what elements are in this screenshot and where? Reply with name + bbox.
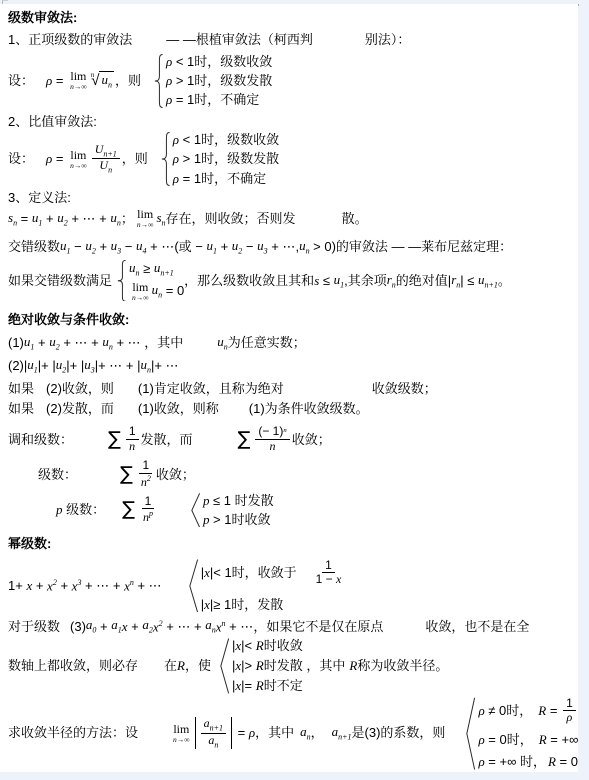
cases-row: ρ > 1时，级数发散: [173, 151, 279, 166]
math-text: 1: [142, 459, 149, 473]
spacer: [77, 474, 117, 475]
math-text: ，: [311, 725, 324, 740]
spacer: [34, 408, 46, 409]
math-var: an: [208, 734, 218, 750]
radical: n√un: [91, 71, 114, 90]
math-var: an+1: [204, 717, 223, 733]
math-var: un: [152, 282, 163, 300]
limit-subscript: n→∞: [70, 83, 87, 91]
fraction-denominator: n: [267, 440, 279, 454]
math-text: 如果交错级数满足: [8, 273, 112, 288]
fraction-numerator: 1: [322, 559, 335, 574]
spacer: [114, 408, 138, 409]
cases-row: ρ < 1时，级数收敛: [166, 54, 272, 69]
math-text: ，那么级数收敛且其和: [184, 273, 314, 288]
math-text: + ⋯ +: [163, 619, 206, 634]
math-var: R: [177, 658, 185, 673]
fraction: Un+1Un: [92, 143, 120, 175]
fraction-numerator: 1: [142, 495, 155, 510]
math-text: (2)发散，而: [46, 401, 114, 416]
math-var: un: [129, 260, 140, 278]
superscript: n: [283, 427, 286, 438]
math-text: 设：: [8, 73, 34, 88]
math-text: +: [34, 335, 49, 350]
math-text: =: [52, 73, 67, 88]
fraction: 1n: [126, 425, 139, 454]
spacer: [183, 342, 217, 343]
math-text: 绝对收敛与条件收敛:: [8, 312, 129, 327]
cases-row: |x|= R时不定: [232, 678, 303, 693]
cases-row: un ≥ un+1: [129, 260, 184, 278]
math-var: R: [256, 678, 264, 693]
limit-word: lim: [137, 208, 153, 220]
math-text: 级数审敛法:: [8, 10, 77, 25]
math-text: +: [42, 211, 57, 226]
math-text: 1: [325, 559, 332, 573]
math-text: =: [17, 211, 32, 226]
math-text: =: [52, 151, 67, 166]
item-1-positive-series: 1、正项级数的审敛法— —根植审敛法（柯西判别法）：: [8, 32, 574, 47]
math-var: u2: [57, 210, 68, 228]
limit-operator: limn→∞: [132, 281, 149, 302]
math-text: −: [121, 239, 136, 254]
formula-find-radius: 求收敛半径的方法：设limn→∞an+1an = ρ，其中an，an+1是(3)…: [8, 697, 574, 770]
spacer: [34, 388, 46, 389]
cases-row: p ≤ 1 时发散: [203, 493, 274, 508]
spacer: [138, 665, 164, 666]
math-var: un: [299, 238, 310, 256]
fraction: 1np: [140, 495, 156, 526]
math-var: u1: [206, 238, 217, 256]
math-var: u1: [27, 357, 38, 375]
cases-row: |x|< 1时，收敛于11 − x: [201, 559, 347, 588]
math-text: (1): [8, 335, 24, 350]
math-text: 2、比值审敛法:: [8, 114, 97, 129]
math-var: Un+1: [95, 143, 117, 159]
math-var: R: [539, 732, 547, 747]
limit-word: lim: [173, 723, 189, 735]
math-text: ≥: [140, 261, 154, 276]
spacer: [105, 509, 119, 510]
formula-ratio-test: 设：ρ = limn→∞Un+1Un，则ρ < 1时，级数收敛ρ > 1时，级数…: [8, 132, 574, 186]
math-text: = 1时，不确定: [172, 92, 259, 107]
fraction-denominator: ρ: [564, 711, 576, 725]
cases-rows: ρ < 1时，级数收敛ρ > 1时，级数发散ρ = 1时，不确定: [173, 132, 279, 186]
math-text: 在: [164, 658, 177, 673]
math-text: −: [242, 239, 257, 254]
fraction-numerator: Un+1: [92, 143, 120, 160]
line-harmonic-series: 调和级数：∑1n发散，而∑(− 1)nn收敛；: [8, 425, 574, 454]
heading-absolute-conditional: 绝对收敛与条件收敛:: [8, 312, 574, 327]
math-var: u2: [49, 334, 60, 352]
cases-block: p ≤ 1 时发散p > 1时收敛: [190, 493, 274, 528]
math-var: u3: [257, 238, 268, 256]
math-text: 的绝对值|: [396, 273, 451, 288]
math-var: sn: [8, 210, 17, 228]
spacer: [148, 158, 156, 159]
math-text: ；: [121, 211, 134, 226]
cases-row: ρ < 1时，级数收敛: [173, 132, 279, 147]
math-text: = 1时，不确定: [179, 171, 266, 186]
math-var: n: [270, 440, 276, 454]
math-text: > 1时收敛: [209, 512, 270, 527]
math-text: 如果: [8, 401, 34, 416]
math-var: xn: [124, 578, 134, 594]
curly-brace-icon: [160, 132, 171, 186]
math-text: ≠ 0时，: [485, 703, 533, 718]
math-var: u1: [24, 334, 35, 352]
math-text: ≤ 1 时发散: [209, 493, 273, 508]
math-text: + ⋯ +: [81, 578, 124, 593]
line-absolute-convergence-rule: 如果(2)收敛，则(1)肯定收敛，且称为绝对收敛级数；: [8, 381, 574, 396]
fraction: an+1an: [201, 717, 226, 749]
math-var: np: [143, 509, 153, 525]
math-var: un+1: [154, 260, 174, 278]
math-text: =: [234, 725, 249, 740]
cases-rows: |x|< R时收敛|x|> R时发散|x|= R时不定: [232, 638, 303, 694]
spacer: [162, 585, 184, 586]
math-text: +: [128, 619, 143, 634]
item-3-definition-method: 3、定义法:: [8, 190, 574, 205]
math-var: sn: [156, 210, 165, 228]
cases-block: |x|< 1时，收敛于11 − x|x|≥ 1时，发散: [188, 559, 347, 613]
math-text: (− 1): [258, 425, 283, 439]
cases-row: ρ = 1时，不确定: [173, 171, 279, 186]
spacer: [296, 218, 342, 219]
formula-root-test: 设：ρ = limn→∞n√un，则ρ < 1时，级数收敛ρ > 1时，级数发散…: [8, 54, 574, 108]
math-text: 散。: [342, 211, 368, 226]
limit-subscript: n→∞: [70, 162, 87, 170]
math-text: + ⋯ +: [68, 211, 111, 226]
line-series-2: (2)|u1|+ |u2|+ |u3|+ ⋯ + |un|+ ⋯: [8, 357, 574, 375]
math-text: 称为收敛半径。: [357, 658, 448, 673]
math-text: 收敛级数；: [372, 381, 437, 396]
math-text: (2)|: [8, 358, 27, 373]
spacer: [138, 733, 170, 734]
fraction-numerator: 1: [126, 425, 139, 440]
math-text: ,其余项: [344, 273, 387, 288]
math-text: |+ |: [38, 358, 56, 373]
math-text: 级数：: [38, 467, 77, 482]
spacer: [60, 626, 70, 627]
math-var: xn: [216, 619, 226, 635]
math-text: +: [57, 578, 72, 593]
cases-block: ρ ≠ 0时，R = 1ρρ = 0时，R = +∞ρ = +∞ 时，R = 0: [465, 697, 578, 770]
heading-series-convergence-tests: 级数审敛法:: [8, 10, 574, 25]
cases-row: ρ = 0时，R = +∞: [478, 732, 578, 747]
math-text: 幂级数:: [8, 536, 51, 551]
math-var: an: [300, 724, 311, 742]
absolute-value-bars: an+1an: [195, 717, 232, 749]
limit-word: lim: [132, 281, 148, 293]
math-text: + ⋯ +: [60, 335, 103, 350]
limit-operator: limn→∞: [173, 723, 190, 744]
math-var: R: [256, 658, 264, 673]
line-p-series: p 级数：∑1npp ≤ 1 时发散p > 1时收敛: [56, 493, 574, 528]
math-text: (1)收敛，则称: [138, 401, 219, 416]
cases-row: |x|< R时收敛: [232, 638, 303, 653]
cases-rows: |x|< 1时，收敛于11 − x|x|≥ 1时，发散: [201, 559, 347, 613]
fraction-denominator: 1 − x: [313, 573, 345, 587]
math-text: = 0: [556, 754, 578, 769]
fraction: 11 − x: [313, 559, 345, 588]
math-text: 为任意实数；: [228, 335, 306, 350]
math-var: u4: [136, 238, 147, 256]
math-var: x3: [72, 578, 82, 594]
sigma-symbol: ∑: [108, 430, 121, 449]
math-text: 求收敛半径的方法：设: [8, 725, 138, 740]
radicand: un: [99, 71, 114, 90]
math-text: 1: [145, 495, 152, 509]
line-conditional-convergence-rule: 如果(2)发散，而(1)收敛，则称(1)为条件收敛级数。: [8, 401, 574, 416]
math-var: un+1: [478, 272, 498, 290]
formula-leibniz-theorem: 如果交错级数满足un ≥ un+1limn→∞un = 0，那么级数收敛且其和s…: [8, 260, 574, 302]
math-text: |+ ⋯: [151, 358, 179, 373]
math-var: u2: [232, 238, 243, 256]
spacer: [34, 80, 46, 81]
math-text: −: [71, 239, 86, 254]
cases-rows: ρ ≠ 0时，R = 1ρρ = 0时，R = +∞ρ = +∞ 时，R = 0: [478, 697, 578, 770]
limit-operator: limn→∞: [137, 208, 154, 229]
fraction: (− 1)nn: [255, 425, 289, 454]
math-text: ，则: [122, 151, 148, 166]
spacer: [284, 388, 372, 389]
math-text: + ⋯: [134, 578, 162, 593]
math-text: 级数：: [63, 502, 106, 517]
limit-subscript: n→∞: [132, 294, 149, 302]
cases-row: p > 1时收敛: [203, 512, 274, 527]
angle-brace-icon: [465, 697, 476, 770]
math-text: + ⋯,: [268, 239, 299, 254]
math-text: 时不定: [264, 678, 303, 693]
cases-row: ρ > 1时，级数发散: [166, 73, 272, 88]
line-series-1: (1)u1 + u2 + ⋯ + un + ⋯ ，其中un为任意实数；: [8, 334, 574, 352]
math-var: an+1: [332, 724, 352, 742]
limit-word: lim: [70, 149, 86, 161]
curly-brace-icon: [153, 54, 164, 108]
math-text: 发散，而: [141, 432, 193, 447]
math-text: | ≤: [460, 273, 478, 288]
cases-rows: p ≤ 1 时发散p > 1时收敛: [203, 493, 274, 528]
angle-brace-icon: [190, 493, 201, 528]
formula-radius-cases: 数轴上都收敛，则必存在R，使|x|< R时收敛|x|> R时发散|x|= R时不…: [8, 638, 574, 694]
math-text: > 1时，级数发散: [179, 151, 279, 166]
limit-operator: limn→∞: [70, 70, 87, 91]
math-text: = 0: [162, 283, 184, 298]
cases-row: ρ ≠ 0时，R = 1ρ: [478, 697, 578, 726]
math-text: |=: [241, 678, 256, 693]
limit-word: lim: [70, 70, 86, 82]
math-var: a0: [86, 617, 97, 635]
math-text: 交错级数: [8, 239, 60, 254]
cases-row: limn→∞un = 0: [129, 281, 184, 302]
math-text: =: [546, 703, 561, 718]
math-var: u1: [60, 238, 71, 256]
math-var: un: [110, 210, 121, 228]
math-text: 时收敛: [264, 638, 303, 653]
math-var: R: [349, 658, 357, 673]
fraction-numerator: (− 1)n: [255, 425, 289, 440]
cases-rows: ρ < 1时，级数收敛ρ > 1时，级数发散ρ = 1时，不确定: [166, 54, 272, 108]
math-text: (2)收敛，则: [46, 381, 114, 396]
math-var: rn: [387, 272, 396, 290]
fraction-denominator: n: [126, 440, 138, 454]
formula-partial-sum: sn = u1 + u2 + ⋯ + un；limn→∞sn存在，则收敛；否则发…: [8, 208, 574, 229]
math-text: +: [96, 619, 111, 634]
fraction-numerator: an+1: [201, 717, 226, 734]
math-text: = 0时，: [485, 732, 533, 747]
math-text: 时发散: [264, 658, 303, 673]
spacer: [324, 733, 332, 734]
math-text: 是(3)的系数，则: [352, 725, 446, 740]
spacer: [297, 572, 311, 573]
math-text: |< 1时，收敛于: [210, 565, 297, 580]
math-text: — —根植审敛法（柯西判: [166, 32, 313, 47]
math-text: 如果: [8, 381, 34, 396]
math-text: + ⋯，如果它不是仅在原点: [226, 619, 384, 634]
radical-index: n: [91, 71, 95, 79]
cases-row: ρ = +∞ 时，R = 0: [478, 754, 578, 769]
limit-subscript: n→∞: [137, 221, 154, 229]
fraction: 1n2: [138, 459, 154, 490]
math-var: un: [102, 334, 113, 352]
document-content: 级数审敛法:1、正项级数的审敛法— —根植审敛法（柯西判别法）：设：ρ = li…: [0, 4, 578, 772]
math-text: 1+: [8, 578, 26, 593]
cases-block: ρ < 1时，级数收敛ρ > 1时，级数发散ρ = 1时，不确定: [160, 132, 279, 186]
math-text: |>: [241, 658, 256, 673]
math-var: u3: [84, 357, 95, 375]
math-text: +: [96, 239, 111, 254]
spacer: [158, 509, 186, 510]
fraction: 1ρ: [563, 697, 576, 726]
document-page: 级数审敛法:1、正项级数的审敛法— —根植审敛法（柯西判别法）：设：ρ = li…: [0, 0, 589, 780]
math-var: R: [256, 638, 264, 653]
math-text: ，其中: [303, 658, 346, 673]
math-text: 对于级数: [8, 619, 60, 634]
math-text: +: [32, 578, 47, 593]
math-var: a1: [111, 617, 122, 635]
math-text: |≥ 1时，发散: [210, 597, 283, 612]
math-text: |+ ⋯ + |: [95, 358, 141, 373]
math-var: x2: [153, 619, 163, 635]
spacer: [132, 39, 166, 40]
math-text: < 1时，级数收敛: [172, 54, 272, 69]
math-text: ≤: [319, 273, 333, 288]
math-text: 设：: [8, 151, 34, 166]
math-text: 1 −: [316, 573, 336, 587]
math-var: an: [205, 617, 216, 635]
spacer: [141, 80, 149, 81]
curly-brace-icon: [116, 260, 127, 302]
math-text: 数轴上都收敛，则必存: [8, 658, 138, 673]
math-text: 存在，则收敛；否则发: [166, 211, 296, 226]
math-var: u2: [56, 357, 67, 375]
line-n2-series: 级数：∑1n2收敛；: [38, 459, 574, 490]
angle-brace-icon: [188, 559, 199, 613]
math-var: R: [548, 754, 556, 769]
fraction-denominator: np: [140, 509, 156, 525]
spacer: [383, 626, 425, 627]
line-alternating-series: 交错级数u1 − u2 + u3 − u4 + ⋯(或 − u1 + u2 − …: [8, 238, 574, 256]
sigma-symbol: ∑: [238, 430, 251, 449]
cases-rows: un ≥ un+1limn→∞un = 0: [129, 260, 184, 302]
line-general-power-series: 对于级数(3)a0 + a1x + a2x2 + ⋯ + anxn + ⋯，如果…: [8, 617, 574, 635]
spacer: [114, 388, 138, 389]
sigma-symbol: ∑: [120, 465, 133, 484]
fraction-denominator: Un: [96, 159, 115, 175]
math-text: 3、定义法:: [8, 190, 71, 205]
math-var: n: [129, 440, 135, 454]
math-text: = +∞ 时，: [485, 754, 546, 769]
math-text: 1、正项级数的审敛法: [8, 32, 132, 47]
math-text: > 1时，级数发散: [172, 73, 272, 88]
math-var: a2: [142, 617, 153, 635]
math-text: +: [217, 239, 232, 254]
math-text: 调和级数：: [8, 432, 73, 447]
math-var: u3: [111, 238, 122, 256]
heading-power-series: 幂级数:: [8, 536, 574, 551]
math-text: 1: [129, 425, 136, 439]
fraction-denominator: n2: [138, 474, 154, 490]
spacer: [211, 665, 215, 666]
math-text: ，则: [115, 73, 141, 88]
math-var: x: [336, 573, 341, 587]
math-var: R: [538, 703, 546, 718]
math-var: un: [140, 357, 151, 375]
math-text: 收敛，也不是在全: [425, 619, 529, 634]
spacer: [219, 408, 249, 409]
math-text: < 1时，级数收敛: [179, 132, 279, 147]
math-text: > 0)的审敛法 — —莱布尼兹定理：: [310, 239, 513, 254]
fraction-denominator: an: [205, 734, 221, 750]
math-var: un: [101, 72, 112, 90]
cases-block: un ≥ un+1limn→∞un = 0: [116, 260, 184, 302]
math-var: rn: [451, 272, 460, 290]
limit-operator: limn→∞: [70, 149, 87, 170]
spacer: [193, 439, 235, 440]
math-text: (1)肯定收敛，且称为绝对: [138, 381, 284, 396]
cases-block: |x|< R时收敛|x|> R时发散|x|= R时不定: [219, 638, 303, 694]
math-text: 。: [498, 273, 511, 288]
limit-subscript: n→∞: [173, 736, 190, 744]
math-var: u1: [334, 272, 345, 290]
angle-brace-icon: [219, 638, 230, 694]
spacer: [445, 733, 461, 734]
math-text: + ⋯(或 −: [147, 239, 207, 254]
cases-row: ρ = 1时，不确定: [166, 92, 272, 107]
math-text: 收敛；: [156, 467, 195, 482]
item-2-ratio-test: 2、比值审敛法:: [8, 114, 574, 129]
math-var: un: [217, 334, 228, 352]
cases-row: |x|> R时发散: [232, 658, 303, 673]
math-var: n2: [141, 474, 151, 490]
math-text: 别法）：: [365, 32, 411, 47]
spacer: [34, 158, 46, 159]
spacer: [73, 439, 105, 440]
math-var: u1: [32, 210, 43, 228]
math-text: |+ |: [66, 358, 84, 373]
math-text: 1: [566, 697, 573, 711]
math-text: + ⋯ ，其中: [113, 335, 183, 350]
sigma-symbol: ∑: [122, 500, 135, 519]
fraction-numerator: 1: [139, 459, 152, 474]
math-text: = +∞: [547, 732, 578, 747]
cases-block: ρ < 1时，级数收敛ρ > 1时，级数发散ρ = 1时，不确定: [153, 54, 272, 108]
math-text: (1)为条件收敛级数。: [249, 401, 369, 416]
math-text: (3): [70, 619, 86, 634]
formula-geometric-power-series: 1+ x + x2 + x3 + ⋯ + xn + ⋯|x|< 1时，收敛于11…: [8, 559, 574, 613]
fraction-numerator: 1: [563, 697, 576, 712]
